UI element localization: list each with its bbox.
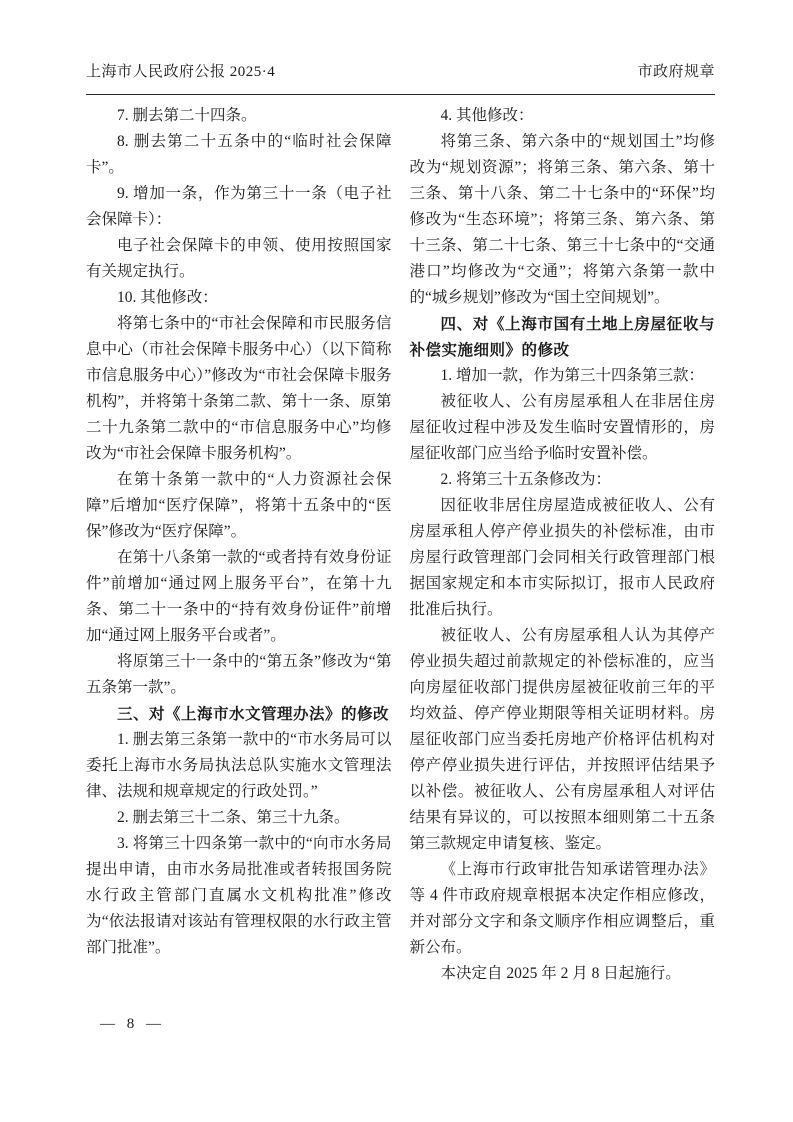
page-number: — 8 — [100, 1016, 165, 1033]
paragraph: 在第十八条第一款的“或者持有效身份证件”前增加“通过网上服务平台”，在第十九条、… [86, 545, 392, 649]
paragraph: 将第三条、第六条中的“规划国土”均修改为“规划资源”；将第三条、第六条、第十三条… [410, 129, 716, 311]
right-column: 4. 其他修改： 将第三条、第六条中的“规划国土”均修改为“规划资源”；将第三条… [410, 103, 716, 987]
running-header: 上海市人民政府公报 2025·4 市政府规章 [86, 60, 715, 81]
header-rule [86, 94, 715, 95]
paragraph: 9. 增加一条，作为第三十一条（电子社会保障卡）： [86, 181, 392, 233]
paragraph: 1. 删去第三条第一款中的“市水务局可以委托上海市水务局执法总队实施水文管理法律… [86, 727, 392, 805]
paragraph: 《上海市行政审批告知承诺管理办法》等 4 件市政府规章根据本决定作相应修改，并对… [410, 857, 716, 961]
paragraph: 4. 其他修改： [410, 103, 716, 129]
paragraph: 将原第三十一条中的“第五条”修改为“第五条第一款”。 [86, 649, 392, 701]
paragraph: 1. 增加一款，作为第三十四条第三款： [410, 363, 716, 389]
section-heading-4: 四、对《上海市国有土地上房屋征收与补偿实施细则》的修改 [410, 311, 716, 363]
paragraph: 电子社会保障卡的申领、使用按照国家有关规定执行。 [86, 233, 392, 285]
gazette-page: 上海市人民政府公报 2025·4 市政府规章 7. 删去第二十四条。 8. 删去… [0, 0, 793, 1122]
section-heading-3: 三、对《上海市水文管理办法》的修改 [86, 701, 392, 727]
document-body: 7. 删去第二十四条。 8. 删去第二十五条中的“临时社会保障卡”。 9. 增加… [86, 103, 715, 987]
paragraph: 7. 删去第二十四条。 [86, 103, 392, 129]
header-left-title: 上海市人民政府公报 2025·4 [86, 60, 275, 81]
paragraph: 本决定自 2025 年 2 月 8 日起施行。 [410, 961, 716, 987]
paragraph: 2. 将第三十五条修改为： [410, 467, 716, 493]
paragraph: 在第十条第一款中的“人力资源社会保障”后增加“医疗保障”，将第十五条中的“医保”… [86, 467, 392, 545]
left-column: 7. 删去第二十四条。 8. 删去第二十五条中的“临时社会保障卡”。 9. 增加… [86, 103, 392, 987]
paragraph: 因征收非居住房屋造成被征收人、公有房屋承租人停产停业损失的补偿标准，由市房屋行政… [410, 493, 716, 623]
paragraph: 2. 删去第三十二条、第三十九条。 [86, 805, 392, 831]
paragraph: 被征收人、公有房屋承租人在非居住房屋征收过程中涉及发生临时安置情形的，房屋征收部… [410, 389, 716, 467]
paragraph: 被征收人、公有房屋承租人认为其停产停业损失超过前款规定的补偿标准的，应当向房屋征… [410, 623, 716, 857]
paragraph: 3. 将第三十四条第一款中的“向市水务局提出申请，由市水务局批准或者转报国务院水… [86, 831, 392, 961]
paragraph: 将第七条中的“市社会保障和市民服务信息中心（市社会保障卡服务中心）（以下简称市信… [86, 311, 392, 467]
header-right-title: 市政府规章 [637, 60, 715, 81]
paragraph: 10. 其他修改： [86, 285, 392, 311]
paragraph: 8. 删去第二十五条中的“临时社会保障卡”。 [86, 129, 392, 181]
